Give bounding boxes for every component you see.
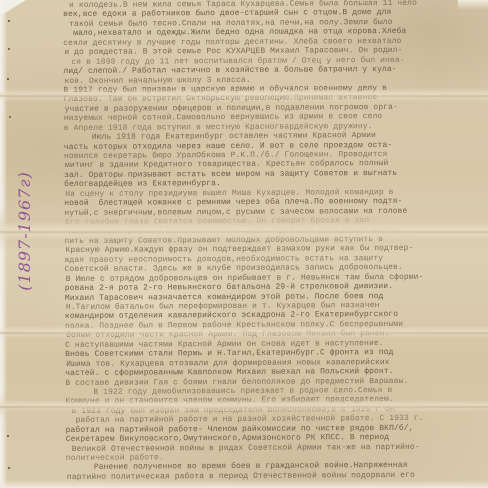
typed-lines: и колодезь.В нем жила семья Тараса Кухар… [63,0,485,482]
scan-specks [8,20,10,22]
scanned-document-page: { "colors": { "paper": "#d8c9ab", "typew… [0,0,488,488]
handwritten-dates-annotation: (1897-1967г) [15,141,37,321]
scan-edge-left [0,0,7,488]
